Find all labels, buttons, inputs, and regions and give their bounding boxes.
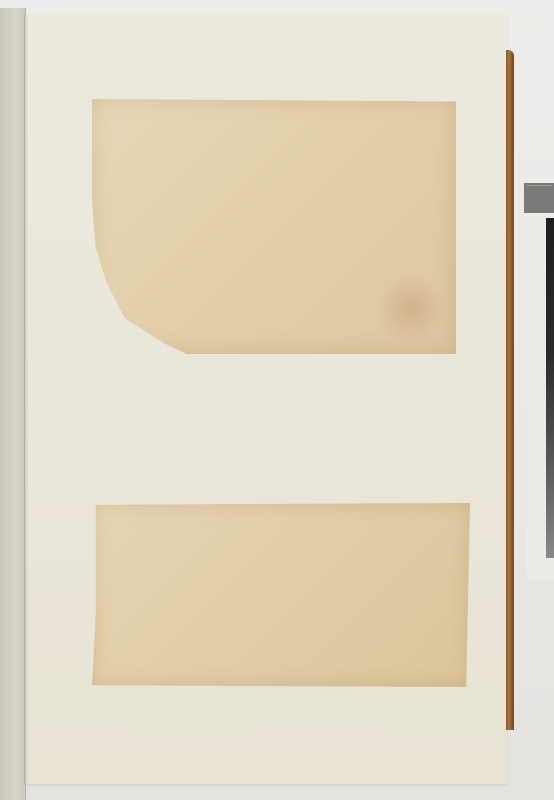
binding-holes <box>25 40 27 760</box>
manuscript-testimony-joseph-witter <box>92 99 456 354</box>
scale-label-inches <box>526 185 552 186</box>
scale-label <box>524 183 554 213</box>
grayscale-strip <box>546 218 554 558</box>
left-page-leaf <box>0 8 26 800</box>
paper-stain <box>376 274 446 344</box>
book-cover-edge <box>506 50 514 730</box>
manuscript-testimony-samuel-killam <box>92 503 470 687</box>
